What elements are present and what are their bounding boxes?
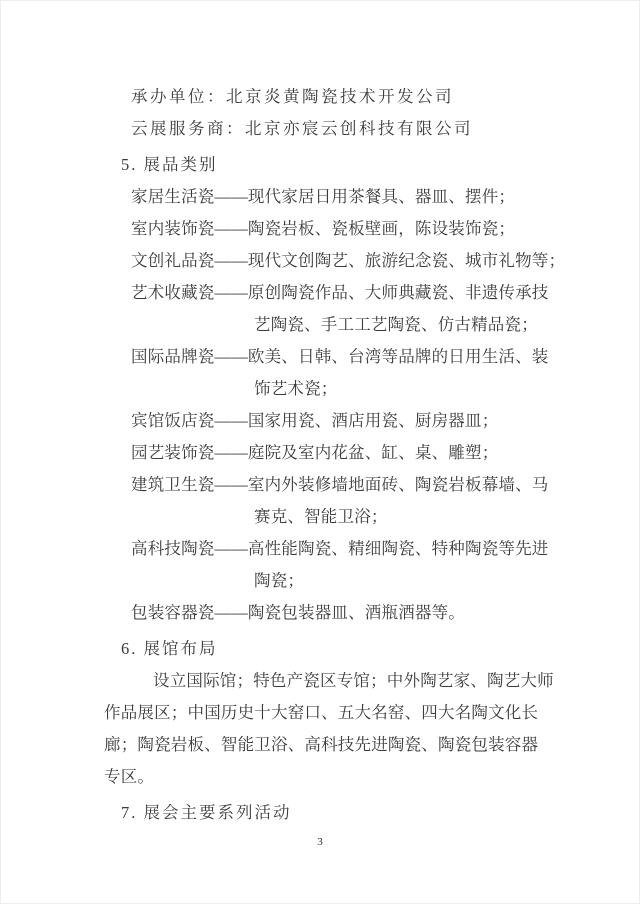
meta-line-organizer: 承办单位：北京炎黄陶瓷技术开发公司 bbox=[104, 81, 536, 113]
category-line-international-brand: 国际品牌瓷——欧美、日韩、台湾等品牌的日用生活、装 bbox=[104, 341, 536, 373]
category-line-garden-decor: 园艺装饰瓷——庭院及室内花盆、缸、桌、雕塑； bbox=[104, 437, 536, 469]
hall-layout-paragraph-line: 设立国际馆；特色产瓷区专馆；中外陶艺家、陶艺大师 bbox=[104, 665, 536, 697]
page-content: 承办单位：北京炎黄陶瓷技术开发公司 云展服务商：北京亦宸云创科技有限公司 5. … bbox=[104, 81, 536, 829]
category-line-interior-decor: 室内装饰瓷——陶瓷岩板、瓷板壁画，陈设装饰瓷； bbox=[104, 213, 536, 245]
category-line-art-collection-continuation: 艺陶瓷、手工工艺陶瓷、仿古精品瓷； bbox=[104, 309, 536, 341]
page-number: 3 bbox=[1, 835, 639, 849]
hall-layout-paragraph-line: 廊；陶瓷岩板、智能卫浴、高科技先进陶瓷、陶瓷包装容器 bbox=[104, 729, 536, 761]
category-line-building-sanitary: 建筑卫生瓷——室内外装修墙地面砖、陶瓷岩板幕墙、马 bbox=[104, 469, 536, 501]
section-heading-exhibit-categories: 5. 展品类别 bbox=[104, 149, 536, 181]
hall-layout-paragraph-line: 专区。 bbox=[104, 761, 536, 793]
meta-line-cloud-service: 云展服务商：北京亦宸云创科技有限公司 bbox=[104, 113, 536, 145]
category-line-packaging-container: 包装容器瓷——陶瓷包装器皿、酒瓶酒器等。 bbox=[104, 597, 536, 629]
section-heading-main-activities: 7. 展会主要系列活动 bbox=[104, 797, 536, 829]
hall-layout-paragraph-line: 作品展区；中国历史十大窑口、五大名窑、四大名陶文化长 bbox=[104, 697, 536, 729]
category-line-building-sanitary-continuation: 赛克、智能卫浴； bbox=[104, 501, 536, 533]
category-line-home-living: 家居生活瓷——现代家居日用茶餐具、器皿、摆件； bbox=[104, 181, 536, 213]
category-line-art-collection: 艺术收藏瓷——原创陶瓷作品、大师典藏瓷、非遗传承技 bbox=[104, 277, 536, 309]
section-heading-hall-layout: 6. 展馆布局 bbox=[104, 633, 536, 665]
category-line-international-brand-continuation: 饰艺术瓷； bbox=[104, 373, 536, 405]
category-line-cultural-gift: 文创礼品瓷——现代文创陶艺、旅游纪念瓷、城市礼物等； bbox=[104, 245, 536, 277]
category-line-hightech-ceramics: 高科技陶瓷——高性能陶瓷、精细陶瓷、特种陶瓷等先进 bbox=[104, 533, 536, 565]
document-page: 承办单位：北京炎黄陶瓷技术开发公司 云展服务商：北京亦宸云创科技有限公司 5. … bbox=[0, 0, 640, 904]
category-line-hotel-restaurant: 宾馆饭店瓷——国家用瓷、酒店用瓷、厨房器皿； bbox=[104, 405, 536, 437]
category-line-hightech-ceramics-continuation: 陶瓷； bbox=[104, 565, 536, 597]
